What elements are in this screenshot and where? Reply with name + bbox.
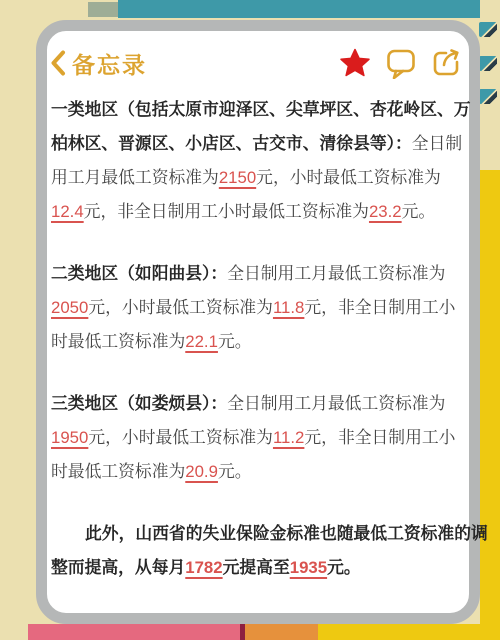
comment-bubble-icon bbox=[386, 47, 416, 79]
wage-value: 22.1 bbox=[185, 332, 218, 351]
text-line: 二类地区（如阳曲县）：全日制用工月最低工资标准为 bbox=[51, 257, 461, 291]
chevron-left-icon bbox=[49, 49, 67, 77]
text-segment: 元。 bbox=[218, 462, 252, 481]
text-segment: 元。 bbox=[402, 202, 436, 221]
wage-value: 12.4 bbox=[51, 202, 84, 221]
text-segment: 元，非全日制用工小 bbox=[304, 298, 455, 317]
region-heading-segment: 一类地区（包括太原市迎泽区、尖草坪区、杏花岭区、万 bbox=[51, 100, 471, 119]
memo-card: 备忘录 bbox=[36, 20, 480, 624]
text-line: 柏林区、晋源区、小店区、古交市、清徐县等）：全日制 bbox=[51, 127, 461, 161]
text-segment: 用工月最低工资标准为 bbox=[51, 168, 219, 187]
text-line: 1950元，小时最低工资标准为11.2元，非全日制用工小 bbox=[51, 421, 461, 455]
wage-value: 2150 bbox=[219, 168, 256, 187]
text-line: 用工月最低工资标准为2150元，小时最低工资标准为 bbox=[51, 161, 461, 195]
text-segment: 元提高至 bbox=[223, 558, 290, 577]
wage-value: 11.8 bbox=[273, 298, 304, 317]
memo-header: 备忘录 bbox=[47, 31, 469, 81]
wage-value: 1782 bbox=[185, 558, 222, 577]
paragraph-region-3: 三类地区（如娄烦县）：全日制用工月最低工资标准为 1950元，小时最低工资标准为… bbox=[51, 387, 461, 489]
yellow-right-strip-decoration bbox=[480, 170, 500, 640]
note-body: 一类地区（包括太原市迎泽区、尖草坪区、杏花岭区、万 柏林区、晋源区、小店区、古交… bbox=[47, 81, 469, 585]
text-line: 整而提高，从每月1782元提高至1935元。 bbox=[51, 551, 461, 585]
diagonal-stripe-decoration bbox=[479, 22, 497, 37]
star-icon bbox=[339, 47, 371, 79]
back-button[interactable]: 备忘录 bbox=[49, 47, 147, 80]
text-segment: 元，非全日制用工小 bbox=[304, 428, 455, 447]
paragraph-region-2: 二类地区（如阳曲县）：全日制用工月最低工资标准为 2050元，小时最低工资标准为… bbox=[51, 257, 461, 359]
region-heading-segment: 三类地区（如娄烦县）： bbox=[51, 394, 227, 413]
wage-value: 11.2 bbox=[273, 428, 304, 447]
text-segment: 全日制用工月最低工资标准为 bbox=[227, 394, 445, 413]
text-segment: 元。 bbox=[327, 558, 361, 577]
wage-value: 1950 bbox=[51, 428, 88, 447]
region-heading-segment: 二类地区（如阳曲县）： bbox=[51, 264, 227, 283]
page-title: 备忘录 bbox=[72, 47, 147, 80]
sage-block-decoration bbox=[88, 2, 118, 17]
text-segment: 元，小时最低工资标准为 bbox=[256, 168, 441, 187]
text-segment: 元，小时最低工资标准为 bbox=[88, 298, 273, 317]
page-root: 备忘录 bbox=[0, 0, 500, 640]
share-button[interactable] bbox=[431, 48, 461, 78]
text-segment: 整而提高，从每月 bbox=[51, 558, 185, 577]
text-segment: 时最低工资标准为 bbox=[51, 332, 185, 351]
wage-value: 2050 bbox=[51, 298, 88, 317]
wage-value: 1935 bbox=[290, 558, 327, 577]
toolbar-actions bbox=[339, 47, 461, 79]
text-segment: 全日制 bbox=[412, 134, 462, 153]
orange-bottom-strip-decoration bbox=[245, 624, 318, 640]
text-line: 时最低工资标准为20.9元。 bbox=[51, 455, 461, 489]
diagonal-stripe-decoration bbox=[479, 89, 497, 104]
text-segment: 全日制用工月最低工资标准为 bbox=[227, 264, 445, 283]
text-segment: 元。 bbox=[218, 332, 252, 351]
text-line: 12.4元，非全日制用工小时最低工资标准为23.2元。 bbox=[51, 195, 461, 229]
text-segment: 元，非全日制用工小时最低工资标准为 bbox=[84, 202, 369, 221]
share-icon bbox=[431, 48, 461, 78]
region-heading-segment: 柏林区、晋源区、小店区、古交市、清徐县等）： bbox=[51, 134, 412, 153]
paragraph-region-1: 一类地区（包括太原市迎泽区、尖草坪区、杏花岭区、万 柏林区、晋源区、小店区、古交… bbox=[51, 93, 461, 229]
comment-button[interactable] bbox=[386, 47, 416, 79]
text-line: 2050元，小时最低工资标准为11.8元，非全日制用工小 bbox=[51, 291, 461, 325]
wage-value: 20.9 bbox=[185, 462, 218, 481]
favorite-button[interactable] bbox=[339, 47, 371, 79]
text-line: 此外，山西省的失业保险金标准也随最低工资标准的调 bbox=[51, 517, 461, 551]
paragraph-insurance-note: 此外，山西省的失业保险金标准也随最低工资标准的调 整而提高，从每月1782元提高… bbox=[51, 517, 461, 585]
wage-value: 23.2 bbox=[369, 202, 402, 221]
text-line: 时最低工资标准为22.1元。 bbox=[51, 325, 461, 359]
diagonal-stripe-decoration bbox=[479, 56, 497, 71]
teal-top-bar-decoration bbox=[118, 0, 480, 18]
text-segment: 时最低工资标准为 bbox=[51, 462, 185, 481]
text-line: 三类地区（如娄烦县）：全日制用工月最低工资标准为 bbox=[51, 387, 461, 421]
yellow-bottom-strip-decoration bbox=[318, 624, 500, 640]
text-segment: 此外，山西省的失业保险金标准也随最低工资标准的调 bbox=[85, 524, 488, 543]
text-line: 一类地区（包括太原市迎泽区、尖草坪区、杏花岭区、万 bbox=[51, 93, 461, 127]
text-segment: 元，小时最低工资标准为 bbox=[88, 428, 273, 447]
pink-bottom-strip-decoration bbox=[28, 624, 240, 640]
